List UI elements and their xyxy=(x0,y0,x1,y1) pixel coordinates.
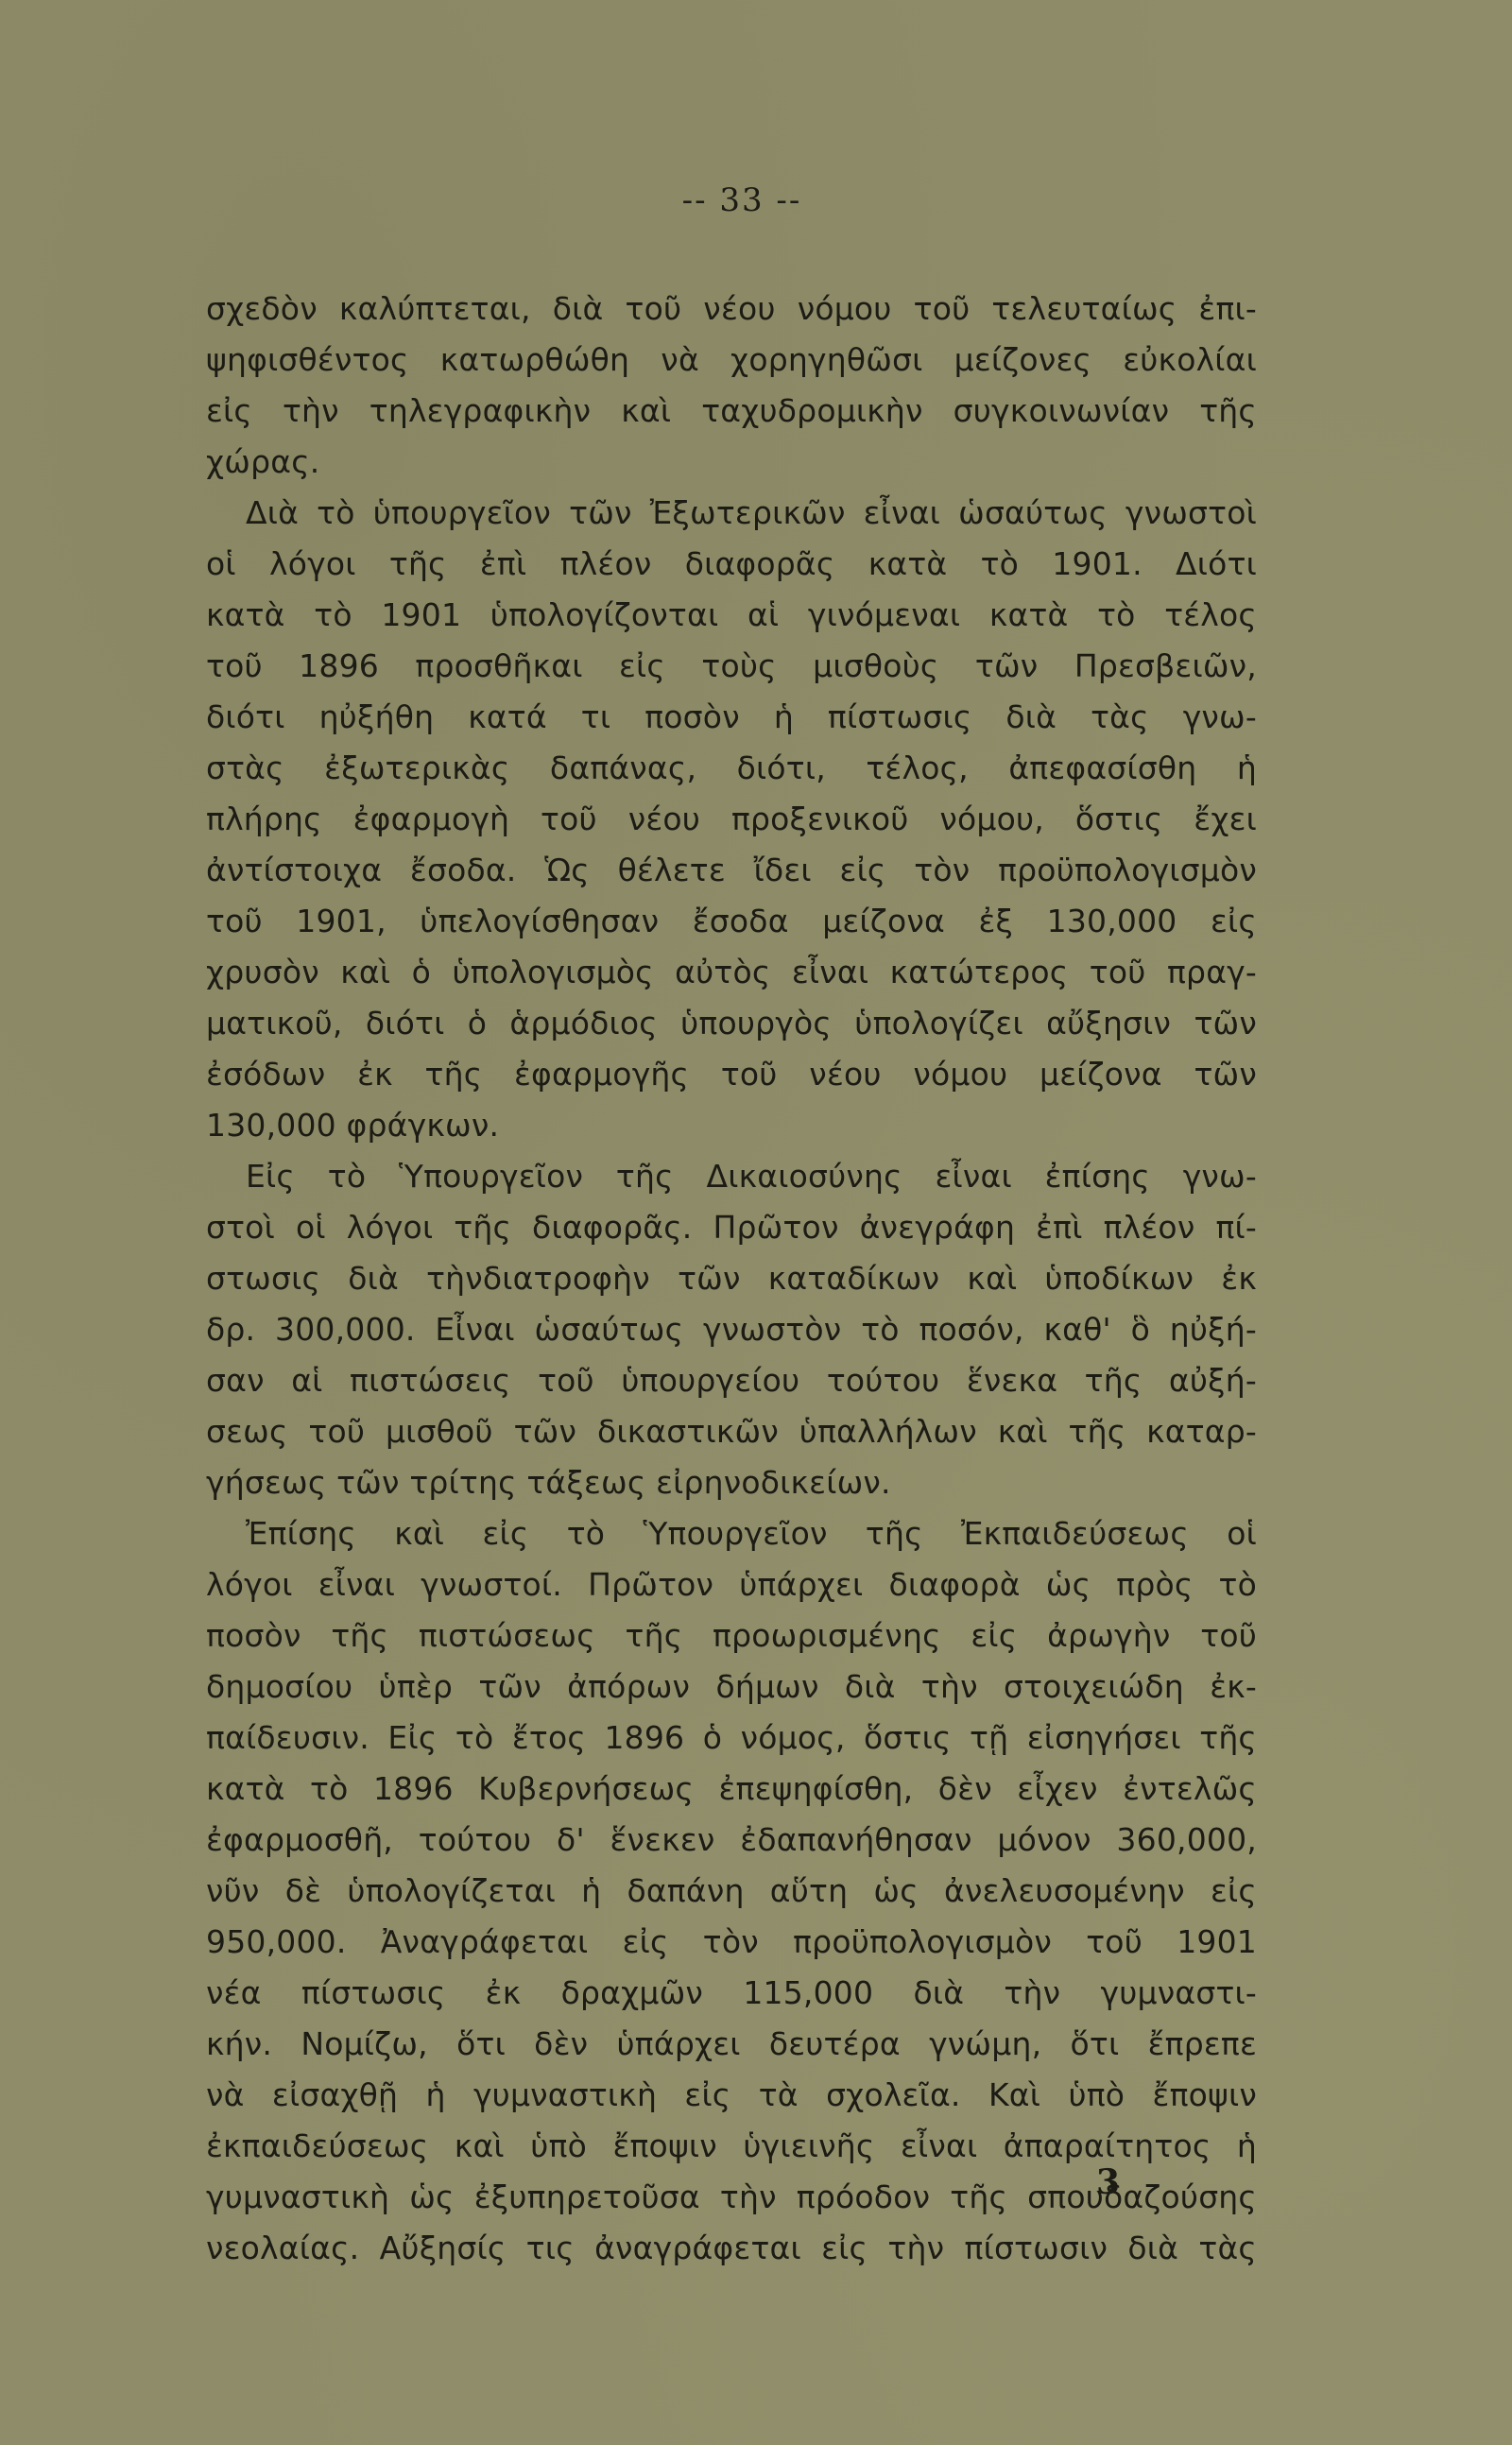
paragraph-2: Διὰ τὸ ὑπουργεῖον τῶν Ἐξωτερικῶν εἶναι ὡ… xyxy=(206,488,1257,1151)
text-line: 950,000. Ἀναγράφεται εἰς τὸν προϋπολογισ… xyxy=(206,1917,1257,1968)
paragraph-4: Ἐπίσης καὶ εἰς τὸ Ὑπουργεῖον τῆς Ἐκπαιδε… xyxy=(206,1508,1257,2274)
signature-mark: 3 xyxy=(1096,2162,1120,2202)
text-line: χρυσὸν καὶ ὁ ὑπολογισμὸς αὐτὸς εἶναι κατ… xyxy=(206,947,1257,998)
text-line: νέα πίστωσις ἐκ δραχμῶν 115,000 διὰ τὴν … xyxy=(206,1968,1257,2019)
text-line: νεολαίας. Αὔξησίς τις ἀναγράφεται εἰς τὴ… xyxy=(206,2223,1257,2274)
text-line: 130,000 φράγκων. xyxy=(206,1100,1257,1151)
text-line: εἰς τὴν τηλεγραφικὴν καὶ ταχυδρομικὴν συ… xyxy=(206,386,1257,437)
text-line: στὰς ἐξωτερικὰς δαπάνας, διότι, τέλος, ἀ… xyxy=(206,743,1257,794)
text-line: νῦν δὲ ὑπολογίζεται ἡ δαπάνη αὕτη ὡς ἀνε… xyxy=(206,1866,1257,1917)
scanned-page: -- 33 -- σχεδὸν καλύπτεται, διὰ τοῦ νέου… xyxy=(0,0,1512,2445)
body-text: σχεδὸν καλύπτεται, διὰ τοῦ νέου νόμου το… xyxy=(206,284,1257,2274)
text-line: οἱ λόγοι τῆς ἐπὶ πλέον διαφορᾶς κατὰ τὸ … xyxy=(206,539,1257,590)
text-line: πλήρης ἐφαρμογὴ τοῦ νέου προξενικοῦ νόμο… xyxy=(206,794,1257,845)
text-line: τοῦ 1901, ὑπελογίσθησαν ἔσοδα μείζονα ἐξ… xyxy=(206,896,1257,947)
text-line: κατὰ τὸ 1901 ὑπολογίζονται αἱ γινόμεναι … xyxy=(206,590,1257,641)
text-line: Διὰ τὸ ὑπουργεῖον τῶν Ἐξωτερικῶν εἶναι ὡ… xyxy=(206,488,1257,539)
text-line: σχεδὸν καλύπτεται, διὰ τοῦ νέου νόμου το… xyxy=(206,284,1257,335)
paragraph-1: σχεδὸν καλύπτεται, διὰ τοῦ νέου νόμου το… xyxy=(206,284,1257,488)
text-line: ποσὸν τῆς πιστώσεως τῆς προωρισμένης εἰς… xyxy=(206,1610,1257,1662)
text-line: κήν. Νομίζω, ὅτι δὲν ὑπάρχει δευτέρα γνώ… xyxy=(206,2019,1257,2070)
text-line: Εἰς τὸ Ὑπουργεῖον τῆς Δικαιοσύνης εἶναι … xyxy=(206,1151,1257,1202)
text-line: ἐφαρμοσθῆ, τούτου δ' ἕνεκεν ἐδαπανήθησαν… xyxy=(206,1815,1257,1866)
text-line: Ἐπίσης καὶ εἰς τὸ Ὑπουργεῖον τῆς Ἐκπαιδε… xyxy=(206,1508,1257,1559)
text-line: λόγοι εἶναι γνωστοί. Πρῶτον ὑπάρχει διαφ… xyxy=(206,1559,1257,1610)
text-line: σεως τοῦ μισθοῦ τῶν δικαστικῶν ὑπαλλήλων… xyxy=(206,1406,1257,1457)
text-line: σαν αἱ πιστώσεις τοῦ ὑπουργείου τούτου ἕ… xyxy=(206,1355,1257,1406)
text-line: ματικοῦ, διότι ὁ ἁρμόδιος ὑπουργὸς ὑπολο… xyxy=(206,998,1257,1049)
paragraph-3: Εἰς τὸ Ὑπουργεῖον τῆς Δικαιοσύνης εἶναι … xyxy=(206,1151,1257,1508)
text-line: χώρας. xyxy=(206,437,1257,488)
text-line: παίδευσιν. Εἰς τὸ ἔτος 1896 ὁ νόμος, ὅστ… xyxy=(206,1713,1257,1764)
text-line: στωσις διὰ τὴνδιατροφὴν τῶν καταδίκων κα… xyxy=(206,1253,1257,1304)
text-line: ἀντίστοιχα ἔσοδα. Ὡς θέλετε ἴδει εἰς τὸν… xyxy=(206,845,1257,896)
text-line: στοὶ οἱ λόγοι τῆς διαφορᾶς. Πρῶτον ἀνεγρ… xyxy=(206,1202,1257,1253)
text-line: διότι ηὐξήθη κατά τι ποσὸν ἡ πίστωσις δι… xyxy=(206,692,1257,743)
text-line: δρ. 300,000. Εἶναι ὡσαύτως γνωστὸν τὸ πο… xyxy=(206,1304,1257,1355)
text-line: γήσεως τῶν τρίτης τάξεως εἰρηνοδικείων. xyxy=(206,1457,1257,1508)
text-line: ἐσόδων ἐκ τῆς ἐφαρμογῆς τοῦ νέου νόμου μ… xyxy=(206,1049,1257,1100)
page-number-header: -- 33 -- xyxy=(0,181,1484,219)
text-line: νὰ εἰσαχθῇ ἡ γυμναστικὴ εἰς τὰ σχολεῖα. … xyxy=(206,2070,1257,2121)
text-line: κατὰ τὸ 1896 Κυβερνήσεως ἐπεψηφίσθη, δὲν… xyxy=(206,1764,1257,1815)
text-line: δημοσίου ὑπὲρ τῶν ἀπόρων δήμων διὰ τὴν σ… xyxy=(206,1662,1257,1713)
text-line: ψηφισθέντος κατωρθώθη νὰ χορηγηθῶσι μείζ… xyxy=(206,335,1257,386)
text-line: τοῦ 1896 προσθῆκαι εἰς τοὺς μισθοὺς τῶν … xyxy=(206,641,1257,692)
